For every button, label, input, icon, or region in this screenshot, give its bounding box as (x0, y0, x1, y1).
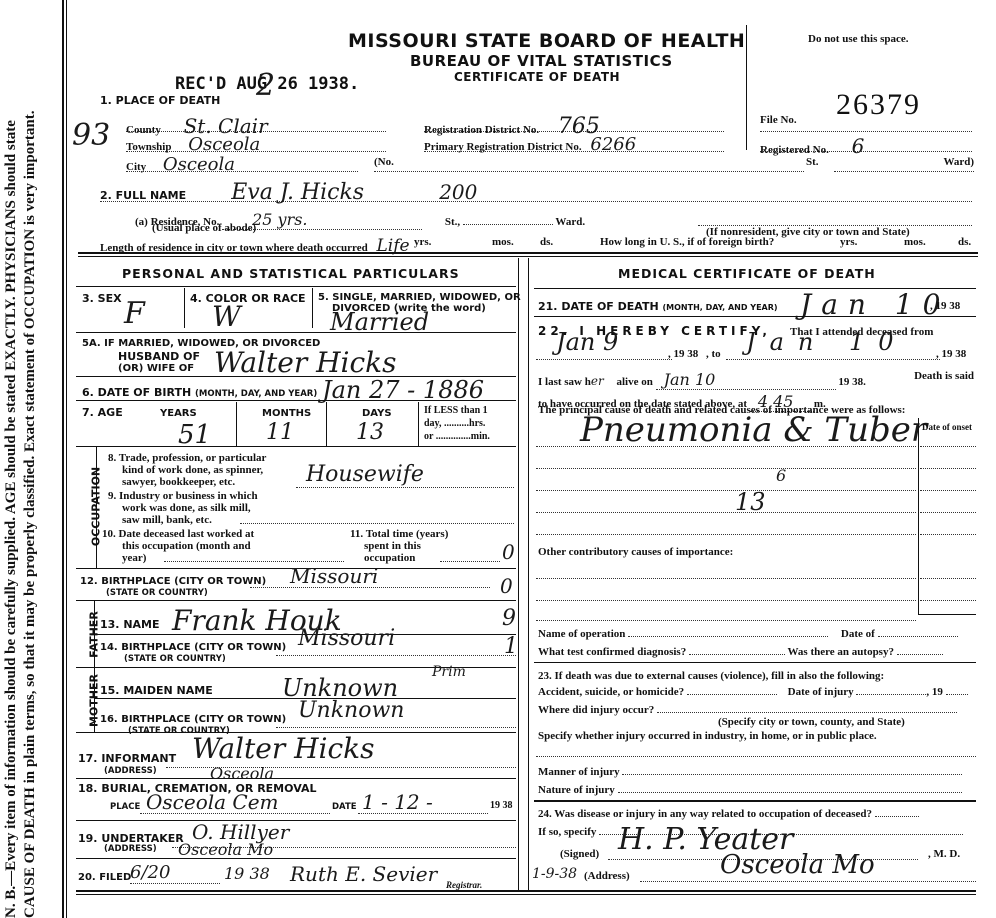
sex-value[interactable]: F (124, 296, 145, 331)
margin-handwritten-93: 93 (72, 118, 110, 153)
manner-label: Manner of injury (538, 766, 620, 778)
dob-label: 6. DATE OF BIRTH (MONTH, DAY, AND YEAR) (82, 386, 317, 399)
total-time-label-3: occupation (350, 552, 448, 564)
column-divider (518, 258, 519, 890)
last-saw-label: I last saw h (538, 376, 591, 388)
where-injury-label: Where did injury occur? (538, 704, 654, 716)
cause-line-4[interactable] (536, 512, 916, 513)
autopsy-field[interactable] (897, 654, 943, 655)
last-worked-field[interactable] (164, 550, 344, 562)
father-birthplace-sublabel: (STATE OR COUNTRY) (124, 654, 226, 664)
township-label: Township (126, 141, 171, 153)
birthplace-label: 12. BIRTHPLACE (CITY OR TOWN) (80, 576, 266, 587)
registrar-signature: Ruth E. Sevier (290, 862, 437, 886)
trade-value: Housewife (306, 462, 424, 487)
sex-label: 3. SEX (82, 292, 122, 305)
row-line (534, 316, 976, 317)
md-label: , M. D. (928, 848, 960, 860)
top-handwritten-mark: 2 (256, 68, 275, 103)
age-days-label: DAYS (362, 408, 392, 419)
length-ds-label: ds. (540, 236, 553, 248)
registered-number-label: Registered No. (760, 144, 829, 156)
operation-label: Name of operation (538, 628, 625, 640)
injury-date-label: Date of injury (788, 686, 854, 698)
row-line (76, 600, 516, 601)
to-label: , to (706, 348, 721, 360)
burial-date-year: 19 38 (490, 800, 513, 811)
length-mos-label: mos. (492, 236, 514, 248)
autopsy-label: Was there an autopsy? (788, 646, 894, 658)
office-box-divider (746, 25, 747, 150)
foreign-mos-label: mos. (904, 236, 926, 248)
margin-instructions-line-2: CAUSE OF DEATH in plain terms, so that i… (21, 18, 40, 918)
cause-line-8[interactable] (536, 620, 916, 621)
age-label: 7. AGE (82, 406, 123, 419)
diagnosis-row: What test confirmed diagnosis? Was there… (538, 646, 974, 658)
age-months-label: MONTHS (262, 408, 311, 419)
street-number-field[interactable]: (No. St. (374, 156, 804, 172)
city-field[interactable]: City Osceola (126, 154, 358, 172)
mother-birthplace-value: Unknown (298, 698, 404, 723)
where-injury-sublabel: (Specify city or town, county, and State… (718, 716, 905, 728)
foreign-ds-label: ds. (958, 236, 971, 248)
filed-date-field[interactable]: 6/20 (130, 872, 220, 884)
filed-label: 20. FILED (78, 872, 131, 883)
informant-address[interactable]: Osceola (210, 764, 274, 783)
occupation-related-field[interactable] (875, 816, 919, 817)
full-name-value: Eva J. Hicks (231, 180, 364, 205)
township-field[interactable]: Township Osceola (126, 134, 386, 152)
trade-label-1: 8. Trade, profession, or particular (108, 452, 266, 464)
form-left-border-inner (66, 0, 67, 918)
dod-sublabel: (MONTH, DAY, AND YEAR) (663, 303, 778, 312)
primary-registration-label: Primary Registration District No. (424, 141, 582, 153)
diagnosis-test-label: What test confirmed diagnosis? (538, 646, 686, 658)
mother-birthplace-label: 16. BIRTHPLACE (CITY OR TOWN) (100, 714, 286, 725)
cell-divider (312, 288, 313, 328)
full-name-extra-mark: 200 (439, 180, 477, 204)
total-time-label-1: 11. Total time (years) (350, 528, 448, 540)
footer-divider (76, 890, 976, 892)
last-saw-row: I last saw her alive on Jan 10 19 38. De… (538, 370, 978, 390)
burial-place-label: PLACE (110, 802, 140, 812)
age-months-value[interactable]: 11 (266, 420, 294, 445)
full-name-field[interactable]: 2. FULL NAME Eva J. Hicks 200 (100, 180, 972, 202)
length-yrs-label: yrs. (414, 236, 431, 248)
burial-place-field[interactable]: Osceola Cem (140, 800, 330, 814)
full-name-label: 2. FULL NAME (100, 189, 186, 202)
column-divider-2 (528, 258, 529, 890)
row-line (76, 446, 516, 447)
injury-year-field[interactable] (946, 694, 968, 695)
onset-line-3[interactable] (920, 490, 976, 491)
less-than-label-1: If LESS than 1 (424, 405, 488, 416)
abode-sublabel: (Usual place of abode) (152, 222, 256, 234)
ward-field[interactable]: Ward) (834, 156, 974, 172)
registration-district-field[interactable]: Registration District No. 765 (424, 114, 724, 132)
attended-from-value: Jan 9 (556, 328, 618, 356)
trade-label: 8. Trade, profession, or particular kind… (108, 452, 266, 488)
row-line (76, 286, 516, 287)
where-injury-field[interactable] (657, 712, 957, 713)
cause-code-mark-top: 6 (776, 466, 786, 485)
row-line (534, 800, 976, 802)
mother-maiden-annotation: Prim (432, 664, 466, 680)
less-than-label-3: or ..............min. (424, 431, 490, 442)
industry-label: 9. Industry or business in which work wa… (108, 490, 258, 526)
cause-line-7[interactable] (536, 600, 916, 601)
birthplace-field[interactable]: Missouri (250, 574, 490, 588)
industry-label-3: saw mill, bank, etc. (108, 514, 258, 526)
side-code-0: 0 (502, 540, 515, 564)
margin-instructions-line-1: N. B.—Every item of information should b… (2, 18, 21, 918)
personal-section-heading: PERSONAL AND STATISTICAL PARTICULARS (122, 266, 460, 281)
registered-number-field[interactable]: Registered No. 6 (760, 134, 972, 152)
attended-to-year: , 19 38 (936, 348, 966, 360)
alive-on-value[interactable]: Jan 10 (656, 370, 836, 390)
file-number-label: File No. (760, 114, 797, 126)
cause-line-6[interactable] (536, 578, 916, 579)
spouse-label-2: HUSBAND OF (118, 350, 200, 363)
dod-label: 21. DATE OF DEATH (MONTH, DAY, AND YEAR) (538, 300, 778, 313)
accident-row: Accident, suicide, or homicide? Date of … (538, 686, 974, 698)
office-use-note: Do not use this space. (808, 33, 909, 45)
attended-from-field[interactable]: Jan 9 (536, 346, 672, 360)
burial-date-label: DATE (332, 802, 357, 812)
cause-line-2[interactable] (536, 468, 916, 469)
accident-field[interactable] (687, 694, 777, 695)
occupation-side-label: OCCUPATION (90, 457, 103, 557)
primary-registration-field[interactable]: Primary Registration District No. 6266 (424, 134, 724, 152)
onset-line-5[interactable] (920, 534, 976, 535)
form-left-border (62, 0, 64, 918)
occupation-related-row: 24. Was disease or injury in any way rel… (538, 808, 974, 820)
trade-field[interactable]: Housewife (296, 470, 514, 488)
operation-row: Name of operation Date of (538, 628, 974, 640)
father-name-label: 13. NAME (100, 618, 160, 631)
cause-line-1[interactable] (536, 446, 916, 447)
nature-label: Nature of injury (538, 784, 615, 796)
injury-year-label: , 19 (926, 686, 943, 698)
row-line (76, 858, 516, 859)
registered-number-value: 6 (852, 134, 865, 158)
accident-label: Accident, suicide, or homicide? (538, 686, 684, 698)
informant-sublabel: (ADDRESS) (104, 766, 157, 776)
if-so-label: If so, specify (538, 826, 596, 838)
death-said-label: Death is said (914, 370, 974, 382)
row-line (534, 662, 976, 663)
cause-line-3[interactable] (536, 490, 916, 491)
residence-ward-blank (463, 224, 553, 225)
foreign-yrs-label: yrs. (840, 236, 857, 248)
alive-on-year: 19 38. (838, 376, 866, 388)
ward-label: Ward) (943, 156, 974, 168)
onset-line-2[interactable] (920, 468, 976, 469)
nonresident-field[interactable] (698, 212, 972, 226)
side-code-3: 1 (504, 634, 518, 659)
spouse-value[interactable]: Walter Hicks (214, 346, 397, 379)
cell-divider (236, 402, 237, 446)
mother-birthplace-field[interactable]: Unknown (276, 714, 516, 728)
injury-date-field[interactable] (856, 694, 926, 695)
nature-row: Nature of injury (538, 784, 974, 796)
filed-date-value: 6/20 (130, 862, 170, 883)
footer-divider-2 (76, 894, 976, 895)
township-value: Osceola (188, 134, 260, 155)
alive-on-label: alive on (616, 376, 652, 388)
operation-field[interactable] (628, 636, 828, 637)
total-time-label: 11. Total time (years) spent in this occ… (350, 528, 448, 564)
street-number-label: (No. (374, 156, 394, 168)
manner-row: Manner of injury (538, 766, 974, 778)
industry-label-2: work was done, as silk mill, (108, 502, 258, 514)
father-birthplace-field[interactable]: Missouri (276, 642, 516, 656)
onset-box-border (918, 418, 919, 614)
operation-date-field[interactable] (878, 636, 958, 637)
occupation-related-label: 24. Was disease or injury in any way rel… (538, 808, 872, 820)
last-worked-label-1: 10. Date deceased last worked at (102, 528, 254, 540)
city-value: Osceola (163, 154, 235, 175)
operation-date-label: Date of (841, 628, 875, 640)
father-birthplace-label: 14. BIRTHPLACE (CITY OR TOWN) (100, 642, 286, 653)
physician-address: Osceola Mo (720, 850, 875, 880)
cell-divider (418, 402, 419, 446)
row-line (76, 400, 516, 401)
signed-label: (Signed) (560, 848, 599, 860)
residence-street-label: St., (445, 216, 460, 228)
age-days-value[interactable]: 13 (356, 420, 384, 445)
onset-label: Date of onset (922, 422, 976, 432)
cause-line-5[interactable] (536, 534, 916, 535)
form-title: MISSOURI STATE BOARD OF HEALTH (348, 30, 745, 52)
row-line (76, 332, 516, 333)
nature-field[interactable] (618, 792, 962, 793)
onset-line-4[interactable] (920, 512, 976, 513)
burial-date-value: 1 - 12 - (362, 790, 433, 814)
total-time-label-2: spent in this (350, 540, 448, 552)
filed-year: 19 38 (224, 864, 270, 883)
birthplace-sublabel: (STATE OR COUNTRY) (106, 588, 208, 598)
certificate-title: CERTIFICATE OF DEATH (454, 70, 620, 84)
informant-value: Walter Hicks (192, 732, 375, 765)
total-time-field[interactable] (440, 550, 500, 562)
mother-maiden-label: 15. MAIDEN NAME (100, 684, 213, 697)
birthplace-value: Missouri (290, 564, 378, 588)
margin-instructions: N. B.—Every item of information should b… (2, 18, 62, 918)
less-than-label-2: day, ..........hrs. (424, 418, 485, 429)
burial-place-value: Osceola Cem (146, 790, 279, 814)
onset-line-1[interactable] (920, 446, 976, 447)
race-label: 4. COLOR OR RACE (190, 292, 306, 305)
attended-to-field[interactable]: Jan 10 (726, 346, 940, 360)
bureau-title: BUREAU OF VITAL STATISTICS (410, 52, 673, 70)
informant-label: 17. INFORMANT (78, 752, 176, 765)
attended-to-value: Jan 10 (746, 328, 908, 356)
medical-section-heading: MEDICAL CERTIFICATE OF DEATH (618, 266, 876, 281)
county-field[interactable]: County St. Clair (126, 114, 386, 132)
mother-side-label: MOTHER (88, 663, 101, 739)
dob-label-text: 6. DATE OF BIRTH (82, 386, 191, 399)
primary-registration-value: 6266 (590, 134, 636, 155)
side-code-1: 0 (500, 574, 513, 598)
header-divider (78, 252, 978, 254)
undertaker-sublabel: (ADDRESS) (104, 844, 157, 854)
address-label: (Address) (584, 870, 630, 882)
place-of-death-label: 1. PLACE OF DEATH (100, 94, 220, 107)
cell-divider (326, 402, 327, 446)
spouse-label-3: (OR) WIFE OF (118, 363, 194, 374)
where-injury-row: Where did injury occur? (538, 704, 974, 716)
external-causes-label: 23. If death was due to external causes … (538, 670, 884, 682)
diagnosis-test-field[interactable] (689, 654, 785, 655)
row-line (76, 820, 516, 821)
foreign-birth-label: How long in U. S., if of foreign birth? (600, 236, 774, 248)
row-line (76, 778, 516, 779)
residence-ward-label: Ward. (555, 216, 585, 228)
injury-place-type-label: Specify whether injury occurred in indus… (538, 730, 877, 742)
cause-of-death-value[interactable]: Pneumonia & Tuber (580, 410, 927, 450)
attended-from-year: , 19 38 (668, 348, 698, 360)
street-label: St. (806, 156, 819, 168)
cell-divider (184, 288, 185, 328)
contributory-label: Other contributory causes of importance: (538, 546, 733, 558)
city-label: City (126, 161, 146, 173)
file-number-field[interactable]: File No. (760, 114, 972, 132)
registrar-label: Registrar. (446, 880, 482, 890)
dod-year: , 19 38 (930, 300, 960, 312)
undertaker-address[interactable]: Osceola Mo (178, 840, 273, 859)
industry-label-1: 9. Industry or business in which (108, 490, 258, 502)
dod-label-text: 21. DATE OF DEATH (538, 300, 659, 313)
side-code-2: 9 (502, 606, 516, 631)
dob-sublabel: (MONTH, DAY, AND YEAR) (195, 389, 317, 399)
onset-box-bottom (918, 614, 976, 615)
industry-field[interactable] (240, 512, 514, 524)
cause-code-mark: 13 (735, 488, 766, 516)
last-saw-gender[interactable]: er (591, 374, 604, 388)
burial-date-field[interactable]: 1 - 12 - (358, 800, 488, 814)
address-mark: 1-9-38 (532, 866, 577, 882)
manner-field[interactable] (622, 774, 962, 775)
age-years-label: YEARS (160, 408, 197, 419)
injury-place-type-field[interactable] (536, 756, 976, 757)
father-birthplace-value: Missouri (298, 626, 395, 651)
marital-label-1: 5. SINGLE, MARRIED, WIDOWED, OR (318, 292, 521, 303)
onset-line-6[interactable] (920, 578, 976, 579)
trade-label-2: kind of work done, as spinner, (108, 464, 266, 476)
header-divider-2 (78, 256, 978, 257)
trade-label-3: sawyer, bookkeeper, etc. (108, 476, 266, 488)
onset-line-7[interactable] (920, 600, 976, 601)
race-value[interactable]: W (212, 300, 241, 333)
